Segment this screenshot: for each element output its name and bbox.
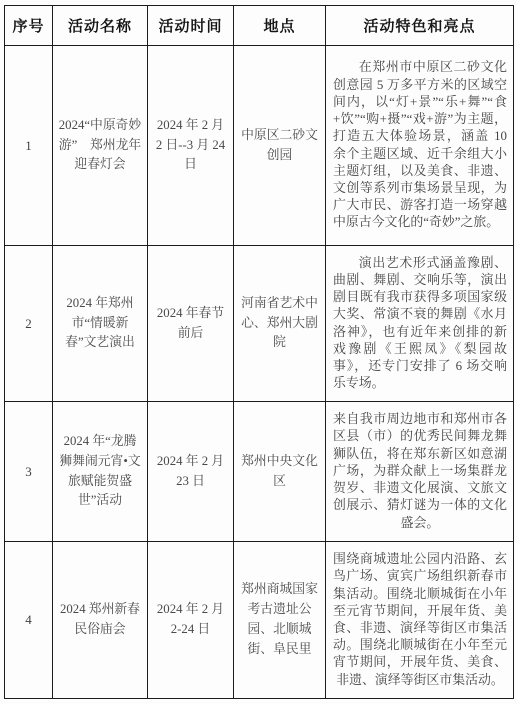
table-row: 2 2024 年郑州市“情暖新春”文艺演出 2024 年春节前后 河南省艺术中心… (5, 246, 514, 402)
activity-place: 郑州中央文化区 (234, 402, 326, 542)
table-row: 4 2024 郑州新春民俗庙会 2024 年 2 月 2-24 日 郑州商城国家… (5, 542, 514, 699)
document-page: 序号 活动名称 活动时间 地点 活动特色和亮点 1 2024“中原奇妙游” 郑州… (0, 0, 517, 704)
table-row: 3 2024 年“龙腾狮舞闹元宵•文旅赋能贺盛世”活动 2024 年 2 月 2… (5, 402, 514, 542)
features-text: 在郑州市中原区二砂文化创意园 5 万多平方米的区域空间内，以“灯+景”“乐+舞”… (333, 59, 507, 231)
activity-time: 2024 年春节前后 (148, 246, 234, 402)
activity-name: 2024 郑州新春民俗庙会 (53, 542, 148, 699)
row-number: 2 (5, 246, 53, 402)
row-number: 1 (5, 46, 53, 246)
activity-time: 2024 年 2 月 23 日 (148, 402, 234, 542)
features-text: 演出艺术形式涵盖豫剧、曲剧、舞剧、交响乐等，演出剧目既有我市获得多项国家级大奖、… (333, 255, 507, 393)
activity-name: 2024“中原奇妙游” 郑州龙年迎春灯会 (53, 46, 148, 246)
header-cell-features: 活动特色和亮点 (326, 6, 514, 46)
activity-time: 2024 年 2 月 2 日--3 月 24 日 (148, 46, 234, 246)
activity-place: 郑州商城国家考古遗址公园、北顺城街、阜民里 (234, 542, 326, 699)
activity-features: 演出艺术形式涵盖豫剧、曲剧、舞剧、交响乐等，演出剧目既有我市获得多项国家级大奖、… (326, 246, 514, 402)
row-number: 3 (5, 402, 53, 542)
activity-time: 2024 年 2 月 2-24 日 (148, 542, 234, 699)
table-row: 1 2024“中原奇妙游” 郑州龙年迎春灯会 2024 年 2 月 2 日--3… (5, 46, 514, 246)
activity-features: 围绕商城遗址公园内沿路、玄鸟广场、寅宾广场组织新春市集活动。围绕北顺城街在小年至… (326, 542, 514, 699)
header-cell-time: 活动时间 (148, 6, 234, 46)
activity-place: 河南省艺术中心、郑州大剧院 (234, 246, 326, 402)
activity-place: 中原区二砂文创园 (234, 46, 326, 246)
activity-name: 2024 年“龙腾狮舞闹元宵•文旅赋能贺盛世”活动 (53, 402, 148, 542)
header-cell-place: 地点 (234, 6, 326, 46)
activity-features: 来自我市周边地市和郑州市各区县（市）的优秀民间舞龙舞狮队伍，将在郑东新区如意湖广… (326, 402, 514, 542)
table-header-row: 序号 活动名称 活动时间 地点 活动特色和亮点 (5, 6, 514, 46)
activity-features: 在郑州市中原区二砂文化创意园 5 万多平方米的区域空间内，以“灯+景”“乐+舞”… (326, 46, 514, 246)
row-number: 4 (5, 542, 53, 699)
activities-table: 序号 活动名称 活动时间 地点 活动特色和亮点 1 2024“中原奇妙游” 郑州… (4, 5, 514, 699)
activity-name: 2024 年郑州市“情暖新春”文艺演出 (53, 246, 148, 402)
header-cell-name: 活动名称 (53, 6, 148, 46)
header-cell-no: 序号 (5, 6, 53, 46)
